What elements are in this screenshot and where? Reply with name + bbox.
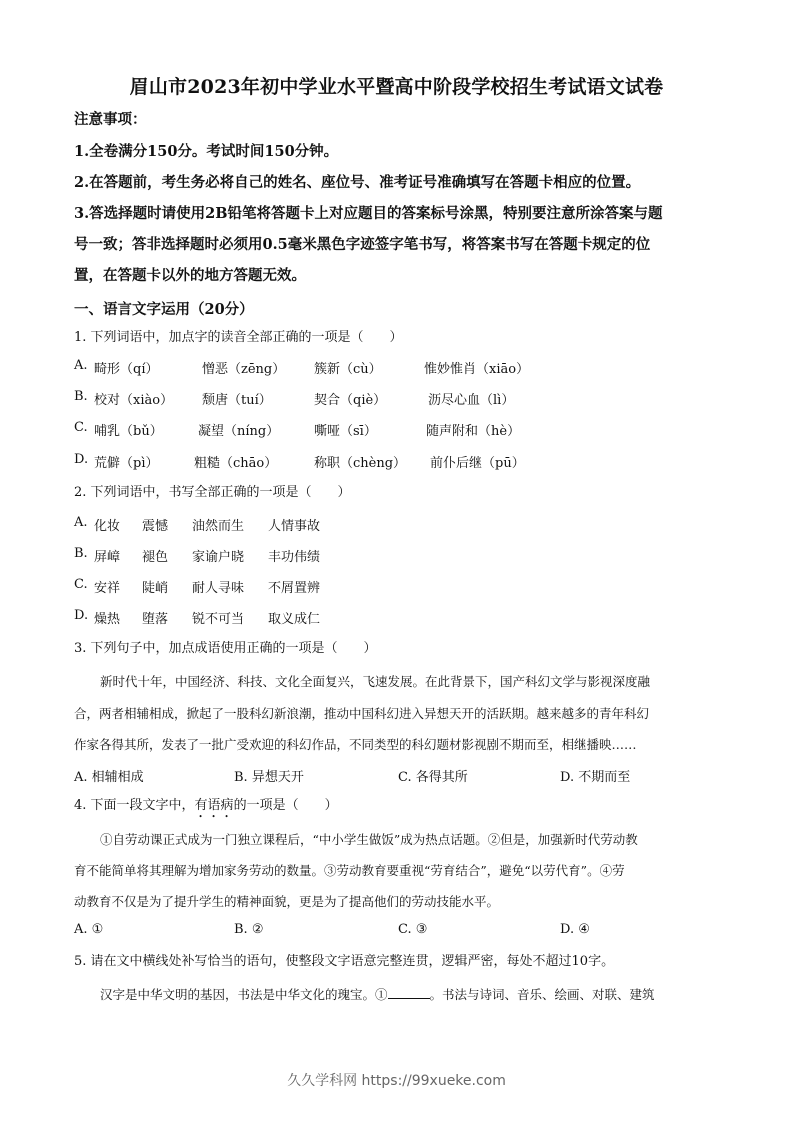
exam-page: 眉山市2023年初中学业水平暨高中阶段学校招生考试语文试卷 注意事项： 1.全卷… bbox=[0, 0, 793, 1122]
q3-option-d: D. 不期而至 bbox=[560, 766, 630, 785]
notice-heading: 注意事项： bbox=[74, 110, 147, 130]
question-1-stem: 1. 下列词语中，加点字的读音全部正确的一项是（ ） bbox=[74, 329, 403, 347]
q3-option-b: B. 异想天开 bbox=[234, 766, 304, 785]
q3-passage-line-2: 合，两者相辅相成，掀起了一股科幻新浪潮，推动中国科幻进入异想天开的活跃期。越来越… bbox=[74, 704, 714, 722]
q4-option-a: A. ① bbox=[74, 922, 103, 937]
q5-passage-line-1: 汉字是中华文明的基因，书法是中华文化的瑰宝。①。书法与诗词、音乐、绘画、对联、建… bbox=[100, 985, 740, 1003]
watermark-footer: 久久学科网 https://99xueke.com bbox=[0, 1070, 793, 1090]
q4-passage-line-1: ①自劳动课正式成为一门独立课程后，“中小学生做饭”成为热点话题。②但是，加强新时… bbox=[100, 830, 740, 848]
question-3-stem: 3. 下列句子中，加点成语使用正确的一项是（ ） bbox=[74, 640, 377, 658]
q4-passage-line-2: 育不能简单将其理解为增加家务劳动的数量。③劳动教育要重视“劳育结合”，避免“以劳… bbox=[74, 861, 714, 879]
page-title: 眉山市2023年初中学业水平暨高中阶段学校招生考试语文试卷 bbox=[0, 72, 793, 99]
emphasized-text: 有语病 bbox=[195, 798, 234, 813]
q4-option-d: D. ④ bbox=[560, 922, 590, 937]
section-heading: 一、语言文字运用（20分） bbox=[74, 298, 254, 319]
question-5-stem: 5. 请在文中横线处补写恰当的语句，使整段文字语意完整连贯，逻辑严密，每处不超过… bbox=[74, 953, 614, 971]
q3-option-c: C. 各得其所 bbox=[398, 766, 468, 785]
notice-item-3-end: 置，在答题卡以外的地方答题无效。 bbox=[74, 266, 306, 286]
q4-option-c: C. ③ bbox=[398, 922, 427, 937]
notice-item-1: 1.全卷满分150分。考试时间150分钟。 bbox=[74, 142, 338, 162]
answer-blank[interactable] bbox=[388, 986, 430, 999]
notice-item-3-cont: 号一致；答非选择题时必须用0.5毫米黑色字迹签字笔书写，将答案书写在答题卡规定的… bbox=[74, 235, 650, 255]
q3-option-a: A. 相辅相成 bbox=[74, 766, 144, 785]
question-4-stem: 4. 下面一段文字中，有语病的一项是（ ） bbox=[74, 797, 338, 821]
notice-item-2: 2.在答题前，考生务必将自己的姓名、座位号、准考证号准确填写在答题卡相应的位置。 bbox=[74, 173, 640, 193]
question-2-stem: 2. 下列词语中，书写全部正确的一项是（ ） bbox=[74, 484, 351, 502]
q3-passage-line-3: 作家各得其所，发表了一批广受欢迎的科幻作品，不同类型的科幻题材影视剧不期而至，相… bbox=[74, 735, 714, 753]
q4-option-b: B. ② bbox=[234, 922, 263, 937]
q3-passage-line-1: 新时代十年，中国经济、科技、文化全面复兴，飞速发展。在此背景下，国产科幻文学与影… bbox=[100, 672, 740, 690]
q4-passage-line-3: 动教育不仅是为了提升学生的精神面貌，更是为了提高他们的劳动技能水平。 bbox=[74, 892, 714, 910]
notice-item-3: 3.答选择题时请使用2B铅笔将答题卡上对应题目的答案标号涂黑，特别要注意所涂答案… bbox=[74, 204, 662, 224]
